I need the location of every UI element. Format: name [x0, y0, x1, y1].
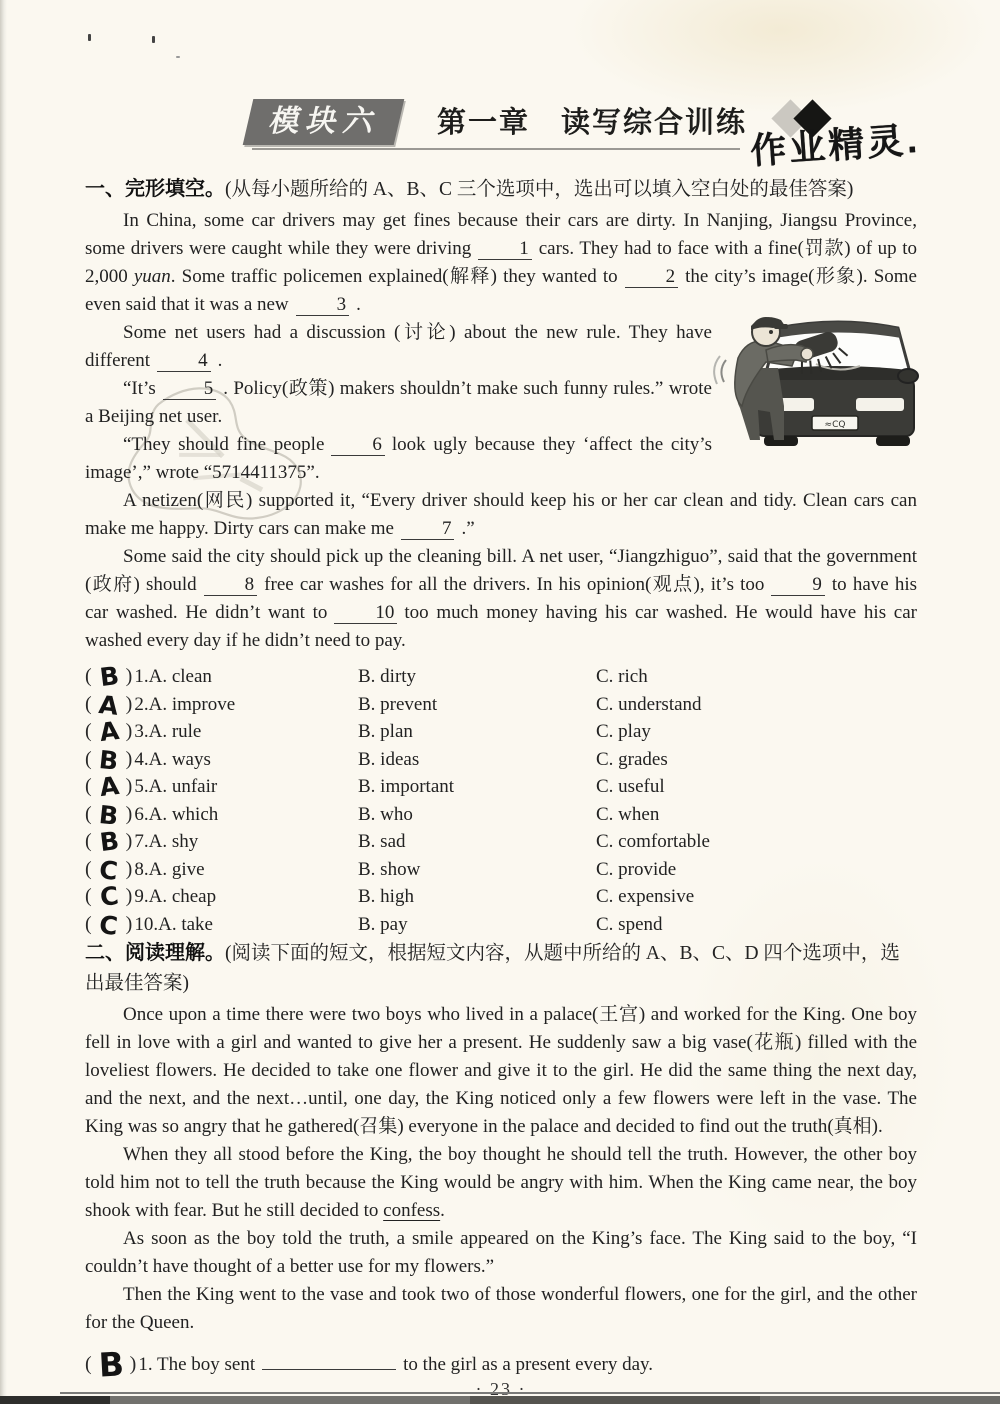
handwritten-answer: A: [90, 715, 127, 748]
item-number: 6.: [134, 804, 148, 826]
option-b: B. plan: [358, 721, 596, 743]
cloze-paragraph-4: “They should fine people6look ugly becau…: [85, 431, 712, 487]
section1-heading-rest: (从每小题所给的 A、B、C 三个选项中，选出可以填入空白处的最佳答案): [225, 179, 853, 200]
question-text-rest: to the girl as a present every day.: [403, 1354, 653, 1376]
underlined-word-confess: confess: [383, 1200, 440, 1221]
option-c: C. useful: [596, 776, 917, 798]
option-b: B. sad: [358, 831, 596, 853]
mc-row-9: (C)9. A. cheap B. high C. expensive: [85, 879, 917, 907]
banner-rule: [252, 148, 740, 150]
scanned-workbook-page: { "banner": { "module": "模块六", "chapter"…: [0, 0, 1000, 1404]
option-b: B. high: [358, 886, 596, 908]
mc-row-1: (B)1. A. clean B. dirty C. rich: [85, 659, 917, 687]
blank-10: 10: [334, 603, 397, 624]
handwritten-answer: C: [90, 880, 127, 913]
item-number: 9.: [134, 886, 148, 908]
option-a: A. improve: [149, 694, 236, 716]
ink-speck: [88, 34, 91, 41]
option-a: A. unfair: [149, 776, 218, 798]
mc-row-10: (C)10. A. take B. pay C. spend: [85, 907, 917, 935]
cloze-paragraph-5: A netizen(网民) supported it, “Every drive…: [85, 487, 917, 543]
item-number: 2.: [134, 694, 148, 716]
cloze-paragraph-2: Some net users had a discussion (讨论) abo…: [85, 319, 712, 375]
bracket-open: (: [85, 1353, 92, 1376]
cloze-paragraph-3: “It’s5. Policy(政策) makers shouldn’t make…: [85, 375, 712, 431]
handwritten-answer: A: [90, 770, 127, 803]
scan-edge-line: [60, 1392, 1000, 1394]
blank-4: 4: [157, 351, 211, 372]
reading-paragraph-3: As soon as the boy told the truth, a smi…: [85, 1225, 917, 1281]
question-blank: [262, 1369, 396, 1370]
blank-5: 5: [163, 379, 217, 400]
option-a: A. clean: [149, 666, 212, 688]
ink-speck: [176, 56, 180, 58]
option-a: A. cheap: [149, 886, 217, 908]
option-c: C. provide: [596, 859, 917, 881]
option-b: B. prevent: [358, 694, 596, 716]
option-b: B. show: [358, 859, 596, 881]
left-edge-shadow: [0, 0, 7, 1404]
option-b: B. ideas: [358, 749, 596, 771]
mc-row-4: (B)4. A. ways B. ideas C. grades: [85, 742, 917, 770]
page-content: 一、完形填空。(从每小题所给的 A、B、C 三个选项中，选出可以填入空白处的最佳…: [85, 174, 917, 1400]
section1-heading: 一、完形填空。(从每小题所给的 A、B、C 三个选项中，选出可以填入空白处的最佳…: [85, 174, 917, 205]
item-number: 1.: [134, 666, 148, 688]
item-number: 10.: [134, 914, 158, 936]
option-a: A. ways: [149, 749, 211, 771]
cloze-options-list: (B)1. A. clean B. dirty C. rich (A)2. A.…: [85, 659, 917, 934]
item-number: 7.: [134, 831, 148, 853]
option-c: C. understand: [596, 694, 917, 716]
handwritten-answer: B: [91, 1344, 131, 1385]
option-c: C. spend: [596, 914, 917, 936]
option-a: A. rule: [149, 721, 202, 743]
mc-row-5: (A)5. A. unfair B. important C. useful: [85, 769, 917, 797]
cloze-paragraph-6: Some said the city should pick up the cl…: [85, 543, 917, 655]
module-badge: 模块六: [243, 99, 405, 145]
reading-paragraph-1: Once upon a time there were two boys who…: [85, 1001, 917, 1141]
option-c: C. rich: [596, 666, 917, 688]
option-a: A. take: [158, 914, 213, 936]
item-number: 8.: [134, 859, 148, 881]
handwritten-answer: B: [90, 825, 127, 858]
item-number: 4.: [134, 749, 148, 771]
mc-row-2: (A)2. A. improve B. prevent C. understan…: [85, 687, 917, 715]
option-a: A. shy: [149, 831, 199, 853]
item-number: 3.: [134, 721, 148, 743]
chapter-banner: 模块六 第一章 读写综合训练: [248, 99, 826, 147]
mc-row-8: (C)8. A. give B. show C. provide: [85, 852, 917, 880]
item-number: 5.: [134, 776, 148, 798]
option-b: B. dirty: [358, 666, 596, 688]
mc-row-3: (A)3. A. rule B. plan C. play: [85, 714, 917, 742]
reading-paragraph-4: Then the King went to the vase and took …: [85, 1281, 917, 1337]
option-c: C. play: [596, 721, 917, 743]
reading-paragraph-2: When they all stood before the King, the…: [85, 1141, 917, 1225]
option-c: C. grades: [596, 749, 917, 771]
option-a: A. which: [149, 804, 219, 826]
cloze-paragraph-1: In China, some car drivers may get fines…: [85, 207, 917, 319]
option-a: A. give: [149, 859, 205, 881]
reading-question-1: (B)1. The boy sentto the girl as a prese…: [85, 1339, 917, 1369]
option-c: C. expensive: [596, 886, 917, 908]
ink-speck: [152, 36, 155, 43]
blank-3: 3: [296, 295, 350, 316]
chapter-title: 第一章 读写综合训练: [437, 99, 747, 147]
handwritten-answer: B: [90, 660, 127, 693]
blank-7: 7: [401, 519, 455, 540]
italic-yuan: yuan: [134, 266, 171, 287]
blank-2: 2: [625, 267, 679, 288]
option-c: C. when: [596, 804, 917, 826]
blank-9: 9: [771, 575, 825, 596]
option-b: B. pay: [358, 914, 596, 936]
section2-heading: 二、阅读理解。(阅读下面的短文，根据短文内容，从题中所给的 A、B、C、D 四个…: [85, 938, 917, 999]
blank-1: 1: [478, 239, 532, 260]
question-text: 1. The boy sent: [138, 1354, 255, 1376]
mc-row-7: (B)7. A. shy B. sad C. comfortable: [85, 824, 917, 852]
option-c: C. comfortable: [596, 831, 917, 853]
mc-row-6: (B)6. A. which B. who C. when: [85, 797, 917, 825]
section1-heading-bold: 一、完形填空。: [85, 178, 225, 200]
option-b: B. important: [358, 776, 596, 798]
blank-8: 8: [204, 575, 258, 596]
option-b: B. who: [358, 804, 596, 826]
scan-edge-bottom: [0, 1396, 1000, 1404]
blank-6: 6: [331, 435, 385, 456]
section2-heading-bold: 二、阅读理解。: [85, 942, 225, 964]
handwritten-answer: C: [90, 909, 127, 941]
